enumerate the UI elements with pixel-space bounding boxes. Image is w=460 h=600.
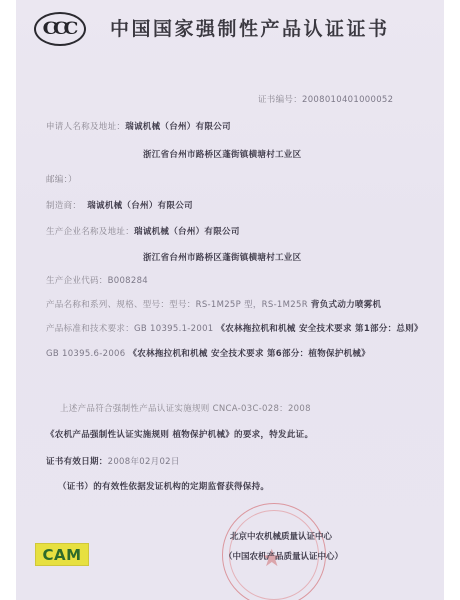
applicant-extra-label: 邮编：	[46, 175, 68, 185]
standard-1-desc: 《农林拖拉机和机械 安全技术要求 第1部分：总则》	[217, 324, 423, 334]
issuer-line-1: 北京中农机械质量认证中心	[230, 530, 332, 542]
ccc-logo: CCC	[34, 12, 86, 46]
issue-date: 2008年02月02日	[108, 457, 180, 467]
standard-label: 产品标准和技术要求：	[46, 324, 134, 334]
cam-logo-text: CAM	[42, 546, 81, 564]
applicant-extra-value: ）	[68, 175, 77, 185]
issuer-line-2: （中国农机产品质量认证中心）	[224, 550, 343, 562]
applicant-extra-line: 邮编：）	[46, 173, 77, 185]
factory-code-line: 生产企业代码：B008284	[46, 274, 148, 286]
certificate-number-line: 证书编号：2008010401000052	[258, 93, 393, 105]
factory-address: 浙江省台州市路桥区蓬街镇横塘村工业区	[143, 251, 301, 263]
issue-date-label: 证书有效日期：	[46, 457, 108, 467]
issue-date-line: 证书有效日期：2008年02月02日	[46, 455, 180, 467]
applicant-name: 瑞诚机械（台州）有限公司	[125, 122, 231, 132]
factory-label: 生产企业名称及地址：	[46, 227, 134, 237]
manufacturer-line: 制造商： 瑞诚机械（台州）有限公司	[46, 199, 193, 211]
standard-2: GB 10395.6-2006	[46, 349, 125, 359]
product-label: 产品名称和系列、规格、型号：	[46, 300, 169, 310]
standard-line-1: 产品标准和技术要求：GB 10395.1-2001 《农林拖拉机和机械 安全技术…	[46, 322, 423, 334]
standard-2-desc: 《农林拖拉机和机械 安全技术要求 第6部分：植物保护机械》	[128, 349, 370, 359]
certificate-number: 2008010401000052	[302, 95, 393, 105]
product-models-prefix: 型号：	[169, 300, 195, 310]
product-models: RS-1M25P 型，RS-1M25R	[196, 300, 308, 310]
certificate-title: 中国国家强制性产品认证证书	[110, 14, 390, 41]
product-line: 产品名称和系列、规格、型号：型号：RS-1M25P 型，RS-1M25R 背负式…	[46, 298, 381, 310]
validity-note: （证书）的有效性依据发证机构的定期监督获得保持。	[58, 480, 269, 492]
ccc-logo-text: CCC	[42, 19, 73, 39]
certificate-number-label: 证书编号：	[258, 95, 302, 105]
standard-line-2: GB 10395.6-2006 《农林拖拉机和机械 安全技术要求 第6部分：植物…	[46, 347, 370, 359]
applicant-address: 浙江省台州市路桥区蓬街镇横塘村工业区	[143, 148, 301, 160]
factory-code: B008284	[108, 276, 148, 286]
factory-line: 生产企业名称及地址：瑞诚机械（台州）有限公司	[46, 225, 240, 237]
factory-name: 瑞诚机械（台州）有限公司	[134, 227, 240, 237]
factory-code-label: 生产企业代码：	[46, 276, 108, 286]
cam-logo: CAM	[35, 543, 89, 566]
manufacturer-label: 制造商：	[46, 201, 81, 211]
applicant-line: 申请人名称及地址：瑞诚机械（台州）有限公司	[46, 120, 231, 132]
rules-line: 上述产品符合强制性产品认证实施规则 CNCA-03C-028：2008	[60, 402, 311, 414]
product-name: 背负式动力喷雾机	[311, 300, 381, 310]
rules-text-suffix: 《农机产品强制性认证实施规则 植物保护机械》的要求，特发此证。	[46, 428, 313, 440]
applicant-label: 申请人名称及地址：	[46, 122, 125, 132]
rules-text-prefix: 上述产品符合强制性产品认证实施规则 CNCA-03C-028：2008	[60, 404, 311, 414]
standard-1: GB 10395.1-2001	[134, 324, 213, 334]
manufacturer-name: 瑞诚机械（台州）有限公司	[87, 201, 193, 211]
